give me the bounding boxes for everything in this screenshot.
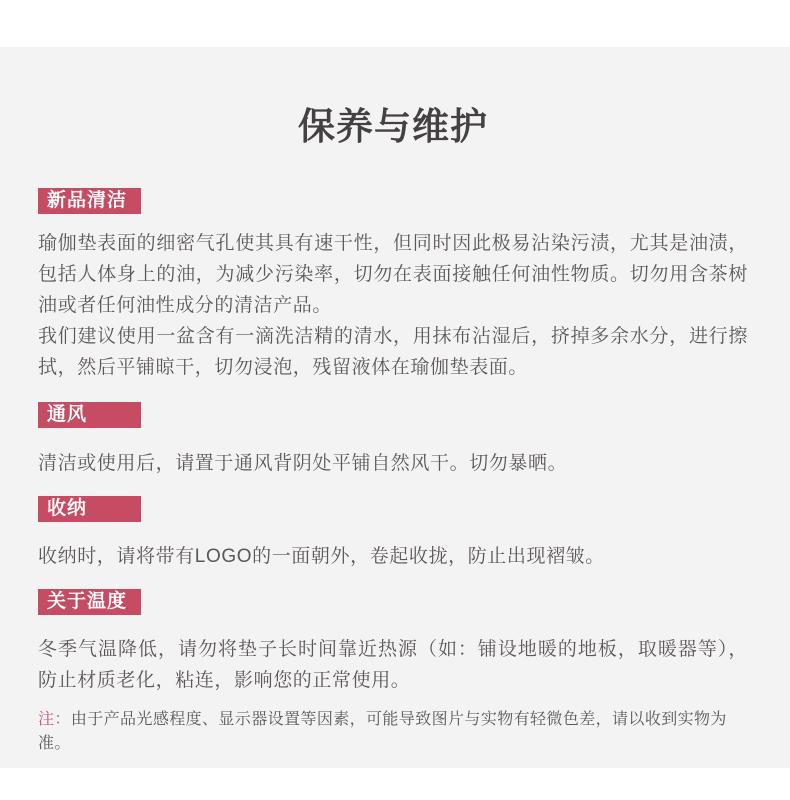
section-new-product-cleaning: 新品清洁 瑜伽垫表面的细密气孔使其具有速干性，但同时因此极易沾染污渍，尤其是油渍…	[38, 188, 748, 383]
care-instructions-page: 保养与维护 新品清洁 瑜伽垫表面的细密气孔使其具有速干性，但同时因此极易沾染污渍…	[0, 0, 790, 800]
section-label-cleaning: 新品清洁	[38, 188, 141, 214]
page-title: 保养与维护	[38, 103, 748, 151]
ventilation-paragraph: 清洁或使用后，请置于通风背阴处平铺自然风干。切勿暴晒。	[38, 448, 748, 479]
section-label-ventilation: 通风	[38, 402, 141, 428]
color-difference-footnote: 注：由于产品光感程度、显示器设置等因素，可能导致图片与实物有轻微色差，请以收到实…	[38, 708, 748, 756]
section-ventilation: 通风 清洁或使用后，请置于通风背阴处平铺自然风干。切勿暴晒。	[38, 402, 748, 479]
cleaning-paragraph-2: 我们建议使用一盆含有一滴洗洁精的清水，用抹布沾湿后，挤掉多余水分，进行擦拭，然后…	[38, 321, 748, 383]
care-panel: 保养与维护 新品清洁 瑜伽垫表面的细密气孔使其具有速干性，但同时因此极易沾染污渍…	[0, 47, 790, 768]
section-temperature: 关于温度 冬季气温降低，请勿将垫子长时间靠近热源（如：铺设地暖的地板，取暖器等）…	[38, 589, 748, 696]
temperature-paragraph: 冬季气温降低，请勿将垫子长时间靠近热源（如：铺设地暖的地板，取暖器等），防止材质…	[38, 634, 748, 696]
section-label-storage: 收纳	[38, 496, 141, 522]
section-storage: 收纳 收纳时，请将带有LOGO的一面朝外，卷起收拢，防止出现褶皱。	[38, 496, 748, 572]
footnote-prefix: 注：	[38, 711, 71, 728]
cleaning-paragraph-1: 瑜伽垫表面的细密气孔使其具有速干性，但同时因此极易沾染污渍，尤其是油渍，包括人体…	[38, 228, 748, 321]
section-label-temperature: 关于温度	[38, 589, 141, 615]
footnote-text: 由于产品光感程度、显示器设置等因素，可能导致图片与实物有轻微色差，请以收到实物为…	[38, 711, 727, 752]
storage-paragraph: 收纳时，请将带有LOGO的一面朝外，卷起收拢，防止出现褶皱。	[38, 541, 748, 572]
